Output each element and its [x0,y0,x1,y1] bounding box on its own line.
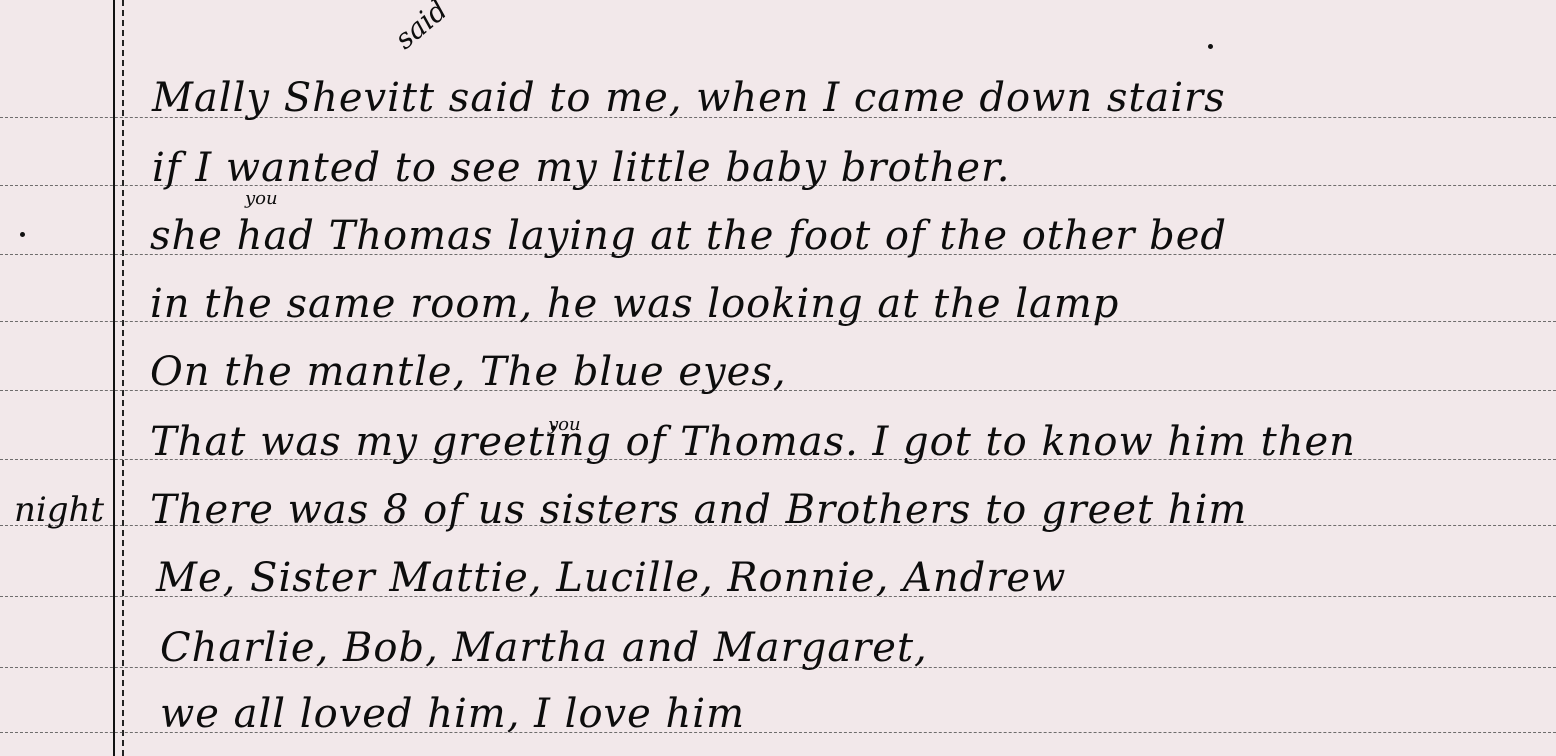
notebook-page: said you you Mally Shevitt said to me, w… [0,0,1556,756]
stray-mark [1208,44,1213,49]
handwritten-line-6: That was my greeting of Thomas. I got to… [150,422,1356,462]
handwritten-line-2: if I wanted to see my little baby brothe… [152,148,1010,188]
handwritten-line-10: we all loved him, I love him [160,694,745,734]
margin-line-solid [113,0,115,756]
handwritten-line-3: she had Thomas laying at the foot of the… [150,216,1227,256]
handwritten-line-8: Me, Sister Mattie, Lucille, Ronnie, Andr… [156,558,1066,598]
handwritten-line-5: On the mantle, The blue eyes, [150,352,787,392]
handwritten-line-9: Charlie, Bob, Martha and Margaret, [160,628,928,668]
handwritten-line-4: in the same room, he was looking at the … [150,284,1119,324]
inserted-word-said: said [388,0,454,56]
handwritten-line-7: There was 8 of us sisters and Brothers t… [150,490,1247,530]
margin-note: night [14,490,104,530]
margin-line-dashed [122,0,124,756]
stray-mark [20,232,25,237]
handwritten-line-1: Mally Shevitt said to me, when I came do… [152,78,1226,118]
inserted-word-you: you [245,188,278,209]
